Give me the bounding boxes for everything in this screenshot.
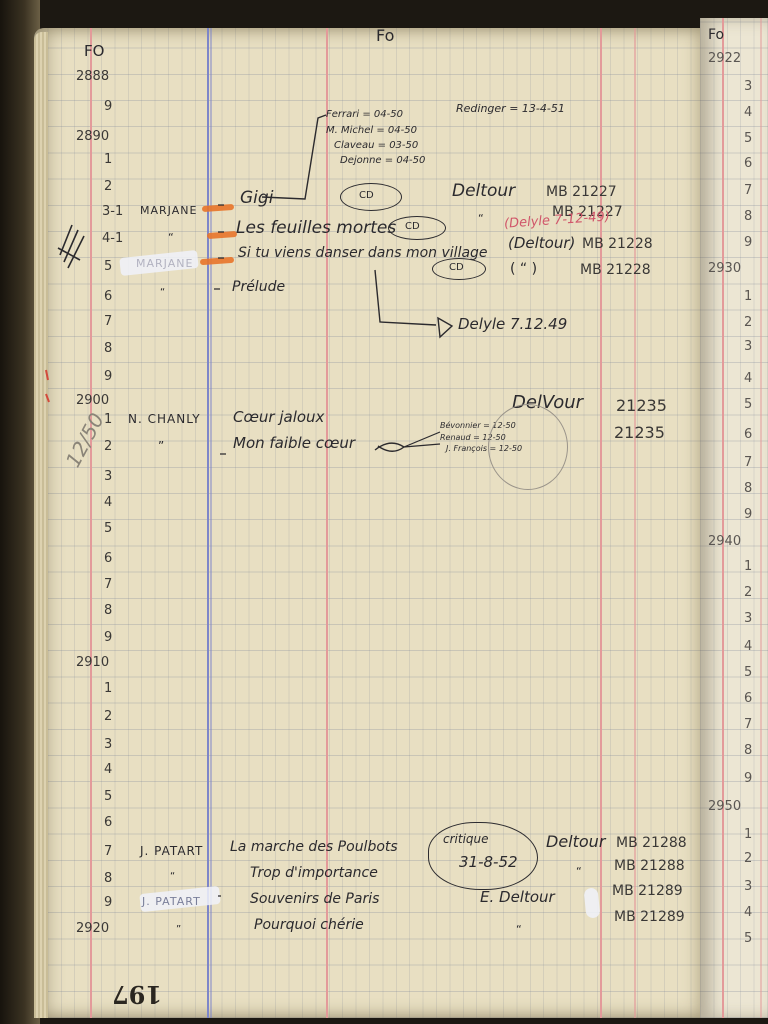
right-row-number: 3	[744, 880, 752, 893]
right-row-number: 5	[744, 398, 752, 411]
right-row-number: 9	[744, 236, 752, 249]
right-row-number: 3	[744, 80, 752, 93]
row-number: 7	[104, 845, 112, 858]
right-row-number: 6	[744, 428, 752, 441]
artist-cell: ”	[176, 925, 181, 935]
row-number: 9	[104, 370, 112, 383]
right-row-number: 4	[744, 372, 752, 385]
right-row-number: 5	[744, 932, 752, 945]
right-row-number: 2930	[708, 262, 741, 275]
rights-note: Dejonne = 04-50	[340, 156, 425, 166]
title-cell: La marche des Poulbots	[230, 840, 398, 854]
catalog-cell: 21235	[616, 398, 667, 414]
right-row-number: 4	[744, 106, 752, 119]
catalog-cell: MB 21228	[582, 237, 653, 251]
column-rule-red-2	[600, 28, 602, 1018]
row-number: 6	[104, 552, 112, 565]
label-cell: “	[478, 213, 484, 224]
title-cell: Prélude	[232, 280, 285, 294]
row-number: 8	[104, 604, 112, 617]
right-row-number: 6	[744, 157, 752, 170]
title-cell: Cœur jaloux	[233, 410, 324, 425]
right-row-number: 4	[744, 640, 752, 653]
title-cell: Pourquoi chérie	[254, 918, 364, 932]
right-row-number: 1	[744, 560, 752, 573]
title-cell: Trop d'importance	[250, 866, 378, 880]
row-number: 5	[104, 522, 112, 535]
arrow-note: Delyle 7.12.49	[458, 317, 567, 332]
ledger-right-page	[700, 18, 768, 1018]
right-row-number: 1	[744, 828, 752, 841]
pencil-circle	[488, 404, 568, 490]
folio-header: FO	[84, 44, 104, 59]
row-number: 9	[104, 631, 112, 644]
catalog-cell: MB 21288	[614, 859, 685, 873]
right-folio-header: Fo	[708, 28, 724, 42]
right-row-number: 7	[744, 718, 752, 731]
right-row-number: 6	[744, 692, 752, 705]
label-cell: “	[576, 866, 582, 877]
row-number: 8	[104, 342, 112, 355]
right-row-number: 3	[744, 340, 752, 353]
rights-note: Claveau = 03-50	[334, 141, 418, 151]
artist-cell: “	[160, 288, 165, 298]
row-number: 3	[104, 470, 112, 483]
row-number: 2888	[76, 70, 109, 83]
row-number: 2	[104, 710, 112, 723]
right-row-number: 4	[744, 906, 752, 919]
label-cell: “	[516, 924, 522, 935]
margin-rule-red	[90, 28, 92, 1018]
right-row-number: 8	[744, 482, 752, 495]
row-number: 2	[104, 440, 112, 453]
catalog-cell: MB 21289	[612, 884, 683, 898]
row-number: 3	[104, 738, 112, 751]
row-number: 2	[104, 180, 112, 193]
catalog-cell: MB 21288	[616, 836, 687, 850]
row-number: 1	[104, 153, 112, 166]
artist-cell: “	[168, 232, 174, 243]
row-number: 7	[104, 315, 112, 328]
row-number: 4	[104, 496, 112, 509]
row-number: 4-1	[102, 232, 123, 245]
row-number: 1	[104, 682, 112, 695]
row-number: 9	[104, 100, 112, 113]
row-number: 6	[104, 816, 112, 829]
row-number: 6	[104, 290, 112, 303]
label-cell: (Deltour)	[508, 236, 575, 251]
right-row-number: 2940	[708, 535, 741, 548]
page-number: 197	[112, 980, 162, 1009]
row-number: 2890	[76, 130, 109, 143]
label-cell: E. Deltour	[480, 890, 555, 905]
artist-cell: J. PATART	[142, 896, 201, 907]
column-rule-blue-2	[210, 28, 212, 1018]
cd-mark: CD	[432, 258, 486, 280]
column-rule-blue	[207, 28, 209, 1018]
row-number: 3-1	[102, 205, 123, 218]
right-row-number: 5	[744, 666, 752, 679]
artist-cell: J. PATART	[140, 845, 203, 857]
label-cell: ( “ )	[510, 262, 537, 276]
artist-cell: MARJANE	[136, 258, 193, 269]
page-edges	[34, 32, 48, 1018]
right-row-number: 1	[744, 290, 752, 303]
right-row-number: 5	[744, 132, 752, 145]
right-margin-rule-2	[760, 18, 762, 1018]
right-row-number: 9	[744, 772, 752, 785]
row-number: 4	[104, 763, 112, 776]
right-row-number: 2922	[708, 52, 741, 65]
right-row-number: 2	[744, 586, 752, 599]
right-row-number: 7	[744, 456, 752, 469]
center-header: Fo	[376, 28, 394, 44]
artist-cell: ”	[158, 440, 164, 452]
rights-note: M. Michel = 04-50	[326, 126, 417, 136]
row-number: 7	[104, 578, 112, 591]
right-row-number: 8	[744, 210, 752, 223]
right-row-number: 7	[744, 184, 752, 197]
right-row-number: 3	[744, 612, 752, 625]
label-cell: Deltour	[546, 834, 605, 850]
label-cell: Deltour	[452, 183, 515, 200]
right-row-number: 2	[744, 852, 752, 865]
catalog-cell: MB 21227	[546, 185, 617, 199]
row-number: 2900	[76, 394, 109, 407]
right-margin-rule	[722, 18, 724, 1018]
artist-cell: “	[170, 872, 175, 882]
rights-note: Ferrari = 04-50	[326, 110, 403, 120]
row-number: 5	[104, 260, 112, 273]
right-row-number: 8	[744, 744, 752, 757]
title-cell: Souvenirs de Paris	[250, 892, 379, 906]
artist-cell: N. CHANLY	[128, 413, 201, 425]
row-number: 5	[104, 790, 112, 803]
right-row-number: 2	[744, 316, 752, 329]
row-number: 2920	[76, 922, 109, 935]
catalog-cell: MB 21289	[614, 910, 685, 924]
row-number: 2910	[76, 656, 109, 669]
title-cell: Mon faible cœur	[233, 436, 355, 451]
right-row-number: 2950	[708, 800, 741, 813]
artist-cell: MARJANE	[140, 205, 197, 216]
right-row-number: 9	[744, 508, 752, 521]
row-number: 8	[104, 872, 112, 885]
catalog-cell: MB 21228	[580, 263, 651, 277]
catalog-cell: 21235	[614, 425, 665, 441]
row-number: 9	[104, 896, 112, 909]
cd-mark: CD	[340, 183, 402, 211]
title-cell: Les feuilles mortes	[236, 220, 396, 237]
title-cell: Gigi	[240, 190, 273, 207]
critique-mark: critique 31-8-52	[428, 822, 538, 890]
redinger-note: Redinger = 13-4-51	[456, 103, 565, 114]
cd-mark: CD	[388, 216, 446, 240]
